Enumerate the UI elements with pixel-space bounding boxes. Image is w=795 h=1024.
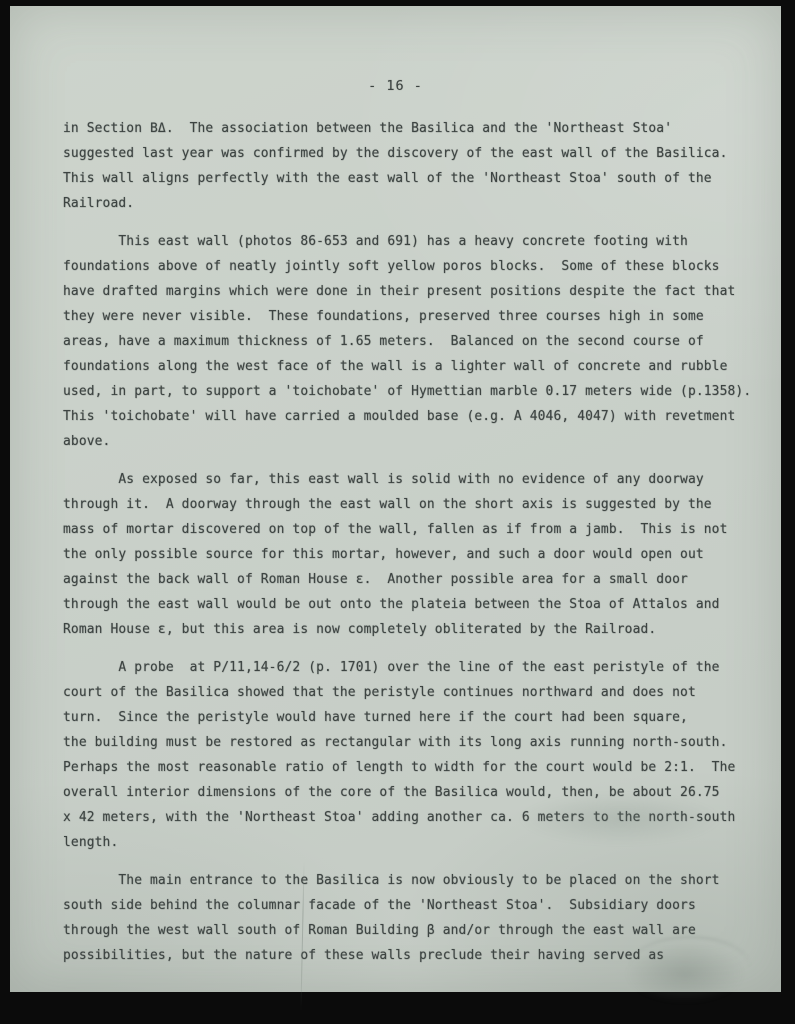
document-page: - 16 - in Section ΒΔ. The association be…: [10, 6, 781, 992]
paragraph-4: A probe at P/11,14-6/2 (p. 1701) over th…: [63, 655, 763, 855]
paragraph-1: in Section ΒΔ. The association between t…: [63, 116, 763, 216]
page-body: in Section ΒΔ. The association between t…: [63, 116, 763, 968]
page-number: - 16 -: [10, 78, 781, 94]
paragraph-5: The main entrance to the Basilica is now…: [63, 868, 763, 968]
paragraph-3: As exposed so far, this east wall is sol…: [63, 467, 763, 642]
paragraph-2: This east wall (photos 86-653 and 691) h…: [63, 229, 763, 454]
